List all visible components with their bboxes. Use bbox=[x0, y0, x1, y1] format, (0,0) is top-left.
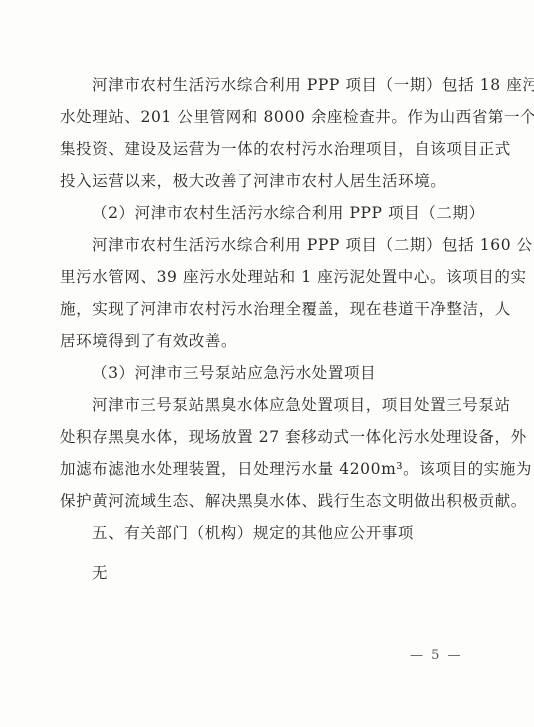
paragraph-phase2-line4: 居环境得到了有效改善。 bbox=[60, 331, 237, 351]
paragraph-pump-line3: 加滤布滤池水处理装置，日处理污水量 4200m³。该项目的实施为 bbox=[60, 459, 532, 479]
section-five-heading: 五、有关部门（机构）规定的其他应公开事项 bbox=[92, 523, 414, 543]
paragraph-phase2-line2: 里污水管网、39 座污水处理站和 1 座污泥处置中心。该项目的实 bbox=[60, 267, 527, 287]
paragraph-phase1-line3: 集投资、建设及运营为一体的农村污水治理项目，自该项目正式 bbox=[60, 139, 511, 159]
heading-phase2: （2）河津市农村生活污水综合利用 PPP 项目（二期） bbox=[92, 203, 485, 223]
paragraph-pump-line1: 河津市三号泵站黑臭水体应急处置项目，项目处置三号泵站 bbox=[92, 395, 511, 415]
paragraph-phase1-line1: 河津市农村生活污水综合利用 PPP 项目（一期）包括 18 座污 bbox=[92, 75, 534, 95]
document-page: 河津市农村生活污水综合利用 PPP 项目（一期）包括 18 座污 水处理站、20… bbox=[0, 0, 534, 727]
heading-pump-station: （3）河津市三号泵站应急污水处置项目 bbox=[92, 363, 376, 383]
paragraph-phase2-line1: 河津市农村生活污水综合利用 PPP 项目（二期）包括 160 公 bbox=[92, 235, 533, 255]
paragraph-phase1-line4: 投入运营以来，极大改善了河津市农村人居生活环境。 bbox=[60, 171, 446, 191]
paragraph-phase2-line3: 施，实现了河津市农村污水治理全覆盖，现在巷道干净整洁，人 bbox=[60, 299, 511, 319]
paragraph-phase1-line2: 水处理站、201 公里管网和 8000 余座检查井。作为山西省第一个 bbox=[60, 107, 534, 127]
paragraph-pump-line4: 保护黄河流域生态、解决黑臭水体、践行生态文明做出积极贡献。 bbox=[60, 491, 527, 511]
page-number: — 5 — bbox=[410, 648, 463, 663]
section-five-content: 无 bbox=[92, 563, 108, 583]
paragraph-pump-line2: 处积存黑臭水体，现场放置 27 套移动式一体化污水处理设备，外 bbox=[60, 427, 527, 447]
